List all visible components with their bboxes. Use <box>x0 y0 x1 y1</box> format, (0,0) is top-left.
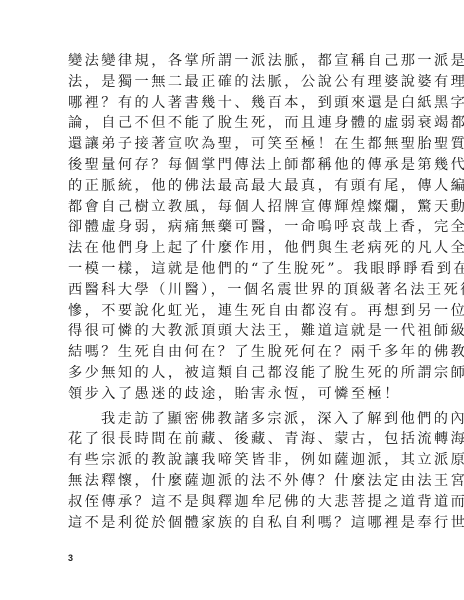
text-line: 叔侄傳承？這不是與釋迦牟尼佛的大悲菩提之道背道而馳的嗎？ <box>68 492 410 513</box>
text-line: 後聖量何存？每個掌門傳法上師都稱他的傳承是第幾代，是如何 <box>68 155 410 176</box>
text-line: 花了很長時間在前藏、後藏、青海、蒙古，包括流轉海外的各派。 <box>68 429 410 450</box>
paragraph-2: 我走訪了顯密佛教諸多宗派，深入了解到他們的內部底蘊， 花了很長時間在前藏、後藏、… <box>68 409 410 534</box>
text-line: 還讓弟子接著宣吹為聖，可笑至極！在生都無聖胎聖質可表，死 <box>68 134 410 155</box>
text-line: 西醫科大學（川醫），一個名震世界的頂級著名法王死得非常悲 <box>68 280 410 301</box>
text-line: 多少無知的人，被這類自己都沒能了脫生死的所謂宗師人物，引 <box>68 363 410 384</box>
document-page: 變法變律規，各掌所謂一派法脈，都宣稱自己那一派是真正的佛 法，是獨一無二最正確的… <box>0 0 464 600</box>
text-line: 法，是獨一無二最正確的法脈，公說公有理婆說婆有理，真理在 <box>68 72 410 93</box>
text-line: 結嗎？生死自由何在？了生脫死何在？兩千多年的佛教歷史中， <box>68 342 410 363</box>
paragraph-1: 變法變律規，各掌所謂一派法脈，都宣稱自己那一派是真正的佛 法，是獨一無二最正確的… <box>68 51 410 405</box>
text-line: 無法釋懷，什麼薩迦派的法不外傳？什麼法定由法王宮、聖母宮 <box>68 471 410 492</box>
text-line: 論，自己不但不能了脫生死，而且連身體的虛弱衰竭都無法掌控， <box>68 113 410 134</box>
body-text: 變法變律規，各掌所謂一派法脈，都宣稱自己那一派是真正的佛 法，是獨一無二最正確的… <box>68 51 410 533</box>
text-line: 一模一樣，這就是他們的“了生脫死”。我眼睜睜看到在四川華 <box>68 259 410 280</box>
text-line: 都會自己樹立教風，每個人招牌宣傳輝煌燦爛，驚天動地，最終 <box>68 197 410 218</box>
text-line: 領步入了愚迷的歧途，貽害永恆，可憐至極！ <box>68 384 410 405</box>
text-line: 法在他們身上起了什麼作用，他們與生老病死的凡人全無二致， <box>68 238 410 259</box>
text-line: 得很可憐的大教派頂頭大法王，難道這就是一代祖師級法王的終 <box>68 321 410 342</box>
text-line: 有些宗派的教說讓我啼笑皆非，例如薩迦派，其立派原則就讓我 <box>68 450 410 471</box>
text-line: 慘，不要說化虹光，連生死自由都沒有。再想到另一位在香港死 <box>68 301 410 322</box>
page-number: 3 <box>68 553 73 563</box>
text-line: 我走訪了顯密佛教諸多宗派，深入了解到他們的內部底蘊， <box>68 409 410 430</box>
text-line: 哪裡？有的人著書幾十、幾百本，到頭來還是白紙黑字的空洞理 <box>68 93 410 114</box>
text-line: 的正脈統，他的佛法最高最大最真，有頭有尾，傳人編號排名， <box>68 176 410 197</box>
text-line: 卻體虛身弱，病痛無藥可醫，一命嗚呼哀哉上香，完全看不到佛 <box>68 217 410 238</box>
text-line: 變法變律規，各掌所謂一派法脈，都宣稱自己那一派是真正的佛 <box>68 51 410 72</box>
text-line: 這不是利從於個體家族的自私自利嗎？這哪裡是奉行世尊的菩提 <box>68 513 410 534</box>
